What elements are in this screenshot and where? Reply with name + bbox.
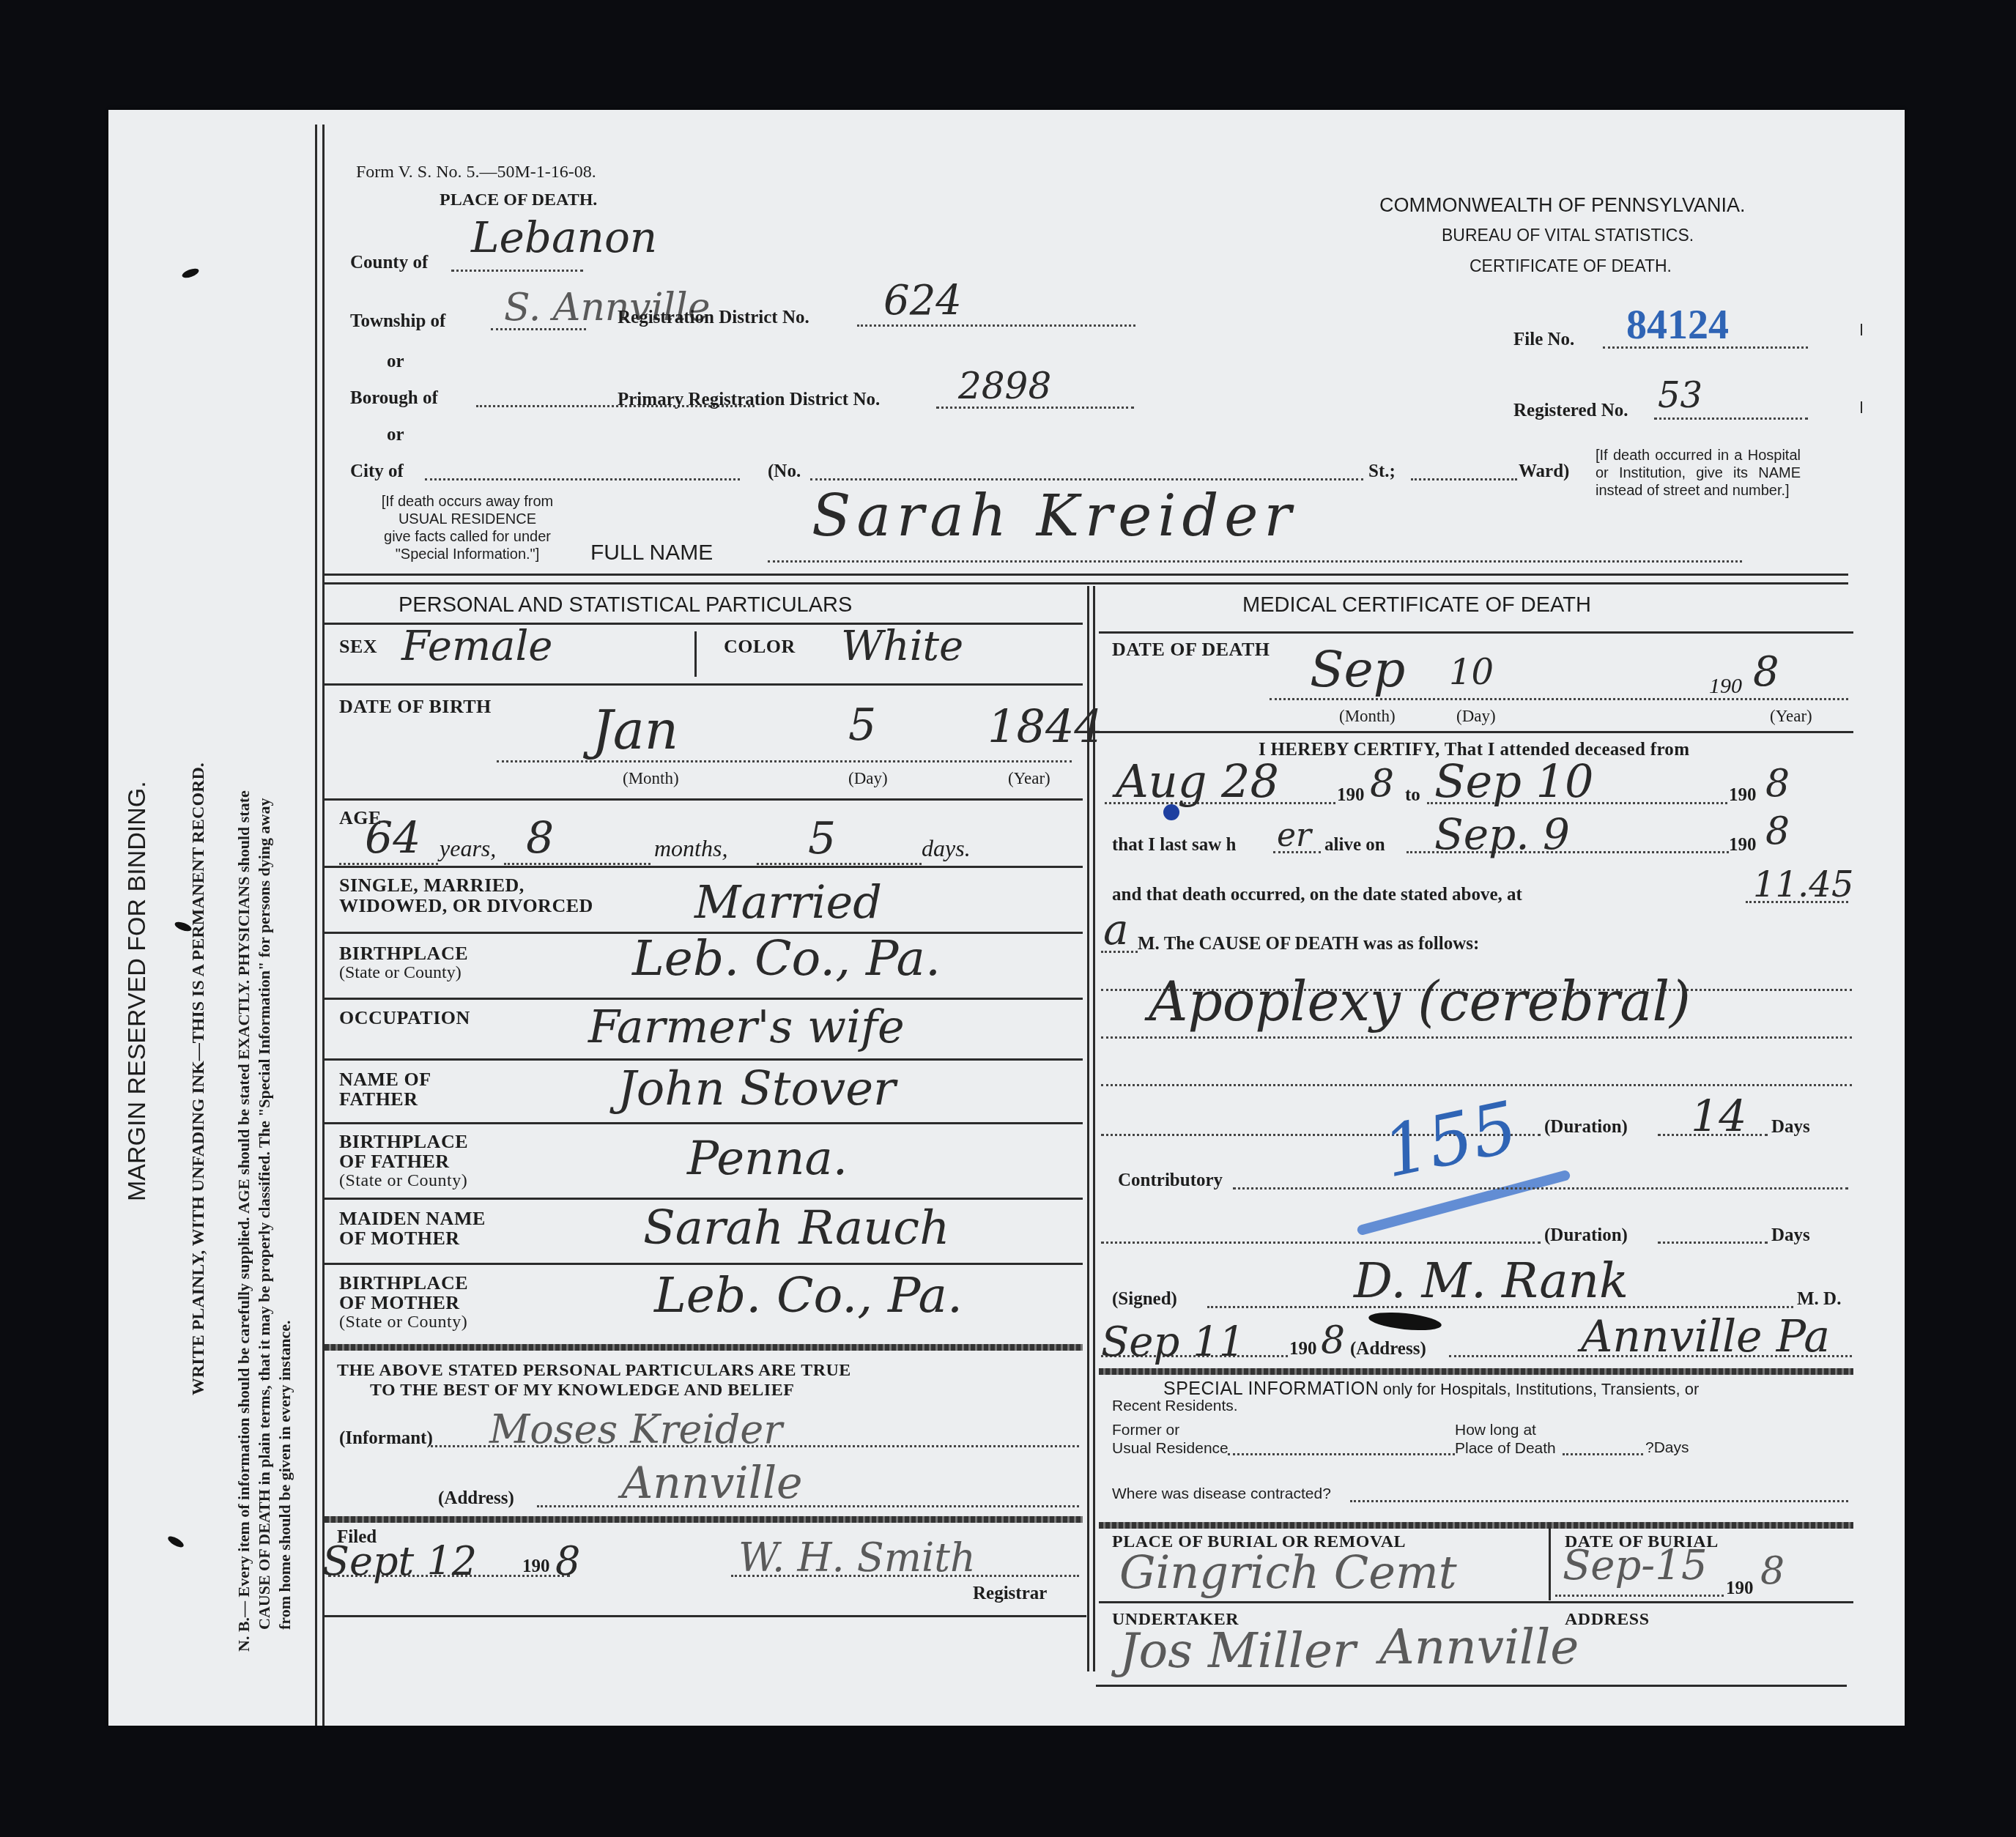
date-of-death-label: DATE OF DEATH bbox=[1112, 639, 1270, 661]
father-birthplace-label: BIRTHPLACE OF FATHER (State or County) bbox=[339, 1132, 468, 1191]
former-residence-line: Usual Residence bbox=[1112, 1439, 1228, 1458]
undertaker-value[interactable]: Jos Miller bbox=[1119, 1622, 1356, 1679]
ward-label: Ward) bbox=[1519, 461, 1569, 482]
cause-line-2 bbox=[1101, 1036, 1852, 1039]
how-long-line: Place of Death bbox=[1455, 1439, 1556, 1458]
burial-date-value[interactable]: Sep-15 bbox=[1563, 1542, 1708, 1589]
father-bp-state-county: (State or County) bbox=[339, 1171, 468, 1191]
or-text: or bbox=[387, 425, 404, 445]
township-label: Township of bbox=[350, 311, 445, 332]
death-occurred-label: and that death occurred, on the date sta… bbox=[1112, 885, 1522, 905]
bottom-rule bbox=[1096, 1685, 1847, 1687]
burial-place-value[interactable]: Gingrich Cemt bbox=[1119, 1545, 1457, 1599]
father-label-line: NAME OF bbox=[339, 1069, 431, 1089]
city-label: City of bbox=[350, 461, 404, 482]
color-value[interactable]: White bbox=[841, 623, 963, 670]
registration-district-value[interactable]: 624 bbox=[883, 277, 962, 324]
mother-maiden-name-label: MAIDEN NAME OF MOTHER bbox=[339, 1209, 486, 1248]
how-long-line: How long at bbox=[1455, 1421, 1556, 1439]
margin-rule bbox=[322, 125, 325, 1726]
how-long-label: How long at Place of Death bbox=[1455, 1421, 1556, 1458]
sign-year-prefix: 190 bbox=[1289, 1339, 1317, 1359]
county-value[interactable]: Lebanon bbox=[471, 212, 657, 262]
registered-no-label: Registered No. bbox=[1513, 401, 1628, 421]
row-rule bbox=[325, 798, 1083, 801]
filed-date-value[interactable]: Sept 12 bbox=[322, 1538, 477, 1584]
borough-label: Borough of bbox=[350, 388, 438, 409]
hospital-note: [If death occurred in a Hospital or Inst… bbox=[1596, 447, 1801, 500]
personal-particulars-title: PERSONAL AND STATISTICAL PARTICULARS bbox=[399, 593, 852, 617]
dod-month-caption: (Month) bbox=[1339, 707, 1396, 726]
days-word: days. bbox=[922, 835, 971, 862]
section-divider-thick bbox=[325, 1344, 1083, 1351]
full-name-value[interactable]: Sarah Kreider bbox=[812, 483, 1297, 549]
full-name-label: FULL NAME bbox=[590, 541, 713, 565]
birthplace-value[interactable]: Leb. Co., Pa. bbox=[632, 930, 941, 987]
duration2-line-pre bbox=[1101, 1242, 1541, 1244]
days2-label: Days bbox=[1771, 1225, 1810, 1246]
father-bp-label-line: OF FATHER bbox=[339, 1151, 468, 1171]
how-long-days-label: ?Days bbox=[1645, 1439, 1689, 1457]
former-residence-line[interactable] bbox=[1228, 1453, 1455, 1455]
months-word: months, bbox=[654, 835, 727, 862]
bottom-rule bbox=[325, 1615, 1086, 1617]
dod-day-value[interactable]: 10 bbox=[1449, 652, 1494, 693]
father-label-line: FATHER bbox=[339, 1089, 431, 1109]
duration-label: (Duration) bbox=[1544, 1117, 1628, 1138]
filed-year-prefix: 190 bbox=[522, 1556, 550, 1577]
row-rule bbox=[325, 866, 1083, 868]
away-note-line: [If death occurs away from bbox=[346, 493, 588, 511]
section-divider bbox=[325, 582, 1848, 584]
marital-label-line: SINGLE, MARRIED, bbox=[339, 875, 593, 896]
mother-bp-label-line: OF MOTHER bbox=[339, 1293, 468, 1313]
attended-to-value[interactable]: Sep 10 bbox=[1434, 754, 1593, 808]
punch-hole bbox=[166, 1534, 185, 1550]
margin-rule bbox=[315, 125, 317, 1726]
special-info-subtitle: only for Hospitals, Institutions, Transi… bbox=[1383, 1380, 1700, 1398]
classification-code-stamp: 155 bbox=[1376, 1085, 1524, 1194]
marital-label-line: WIDOWED, OR DIVORCED bbox=[339, 896, 593, 916]
occupation-label: OCCUPATION bbox=[339, 1007, 470, 1029]
duration2-label: (Duration) bbox=[1544, 1225, 1628, 1246]
away-note: [If death occurs away from USUAL RESIDEN… bbox=[346, 493, 588, 563]
attended-from-year-suffix[interactable]: 8 bbox=[1370, 762, 1394, 806]
special-info-title: SPECIAL INFORMATION bbox=[1163, 1378, 1379, 1399]
informant-address-value[interactable]: Annville bbox=[621, 1458, 803, 1509]
contributory-line[interactable] bbox=[1233, 1187, 1848, 1190]
birthplace-label: BIRTHPLACE bbox=[339, 943, 468, 965]
primary-registration-district-label: Primary Registration District No. bbox=[618, 390, 880, 410]
attestation-line: TO THE BEST OF MY KNOWLEDGE AND BELIEF bbox=[337, 1381, 851, 1400]
special-info-heading: SPECIAL INFORMATION only for Hospitals, … bbox=[1163, 1378, 1699, 1400]
age-years-value[interactable]: 64 bbox=[365, 813, 420, 864]
last-saw-year-prefix: 190 bbox=[1729, 835, 1757, 856]
registrar-label: Registrar bbox=[973, 1584, 1047, 1604]
dob-year-caption: (Year) bbox=[1008, 769, 1050, 788]
informant-address-label: (Address) bbox=[438, 1488, 514, 1509]
father-name-value[interactable]: John Stover bbox=[618, 1062, 896, 1116]
file-no-value[interactable]: 84124 bbox=[1626, 302, 1729, 349]
street-no-label: (No. bbox=[768, 461, 801, 482]
disease-contracted-label: Where was disease contracted? bbox=[1112, 1485, 1331, 1503]
row-rule bbox=[1099, 731, 1853, 733]
county-line bbox=[451, 270, 583, 272]
row-rule bbox=[325, 1058, 1083, 1061]
commonwealth-heading: COMMONWEALTH OF PENNSYLVANIA. bbox=[1379, 194, 1746, 217]
age-days-line bbox=[757, 863, 922, 865]
signed-label: (Signed) bbox=[1112, 1289, 1177, 1310]
row-rule bbox=[1099, 1601, 1853, 1603]
attended-from-year-prefix: 190 bbox=[1337, 785, 1365, 806]
section-divider-thick bbox=[325, 1516, 1083, 1523]
how-long-days-line[interactable] bbox=[1563, 1453, 1643, 1455]
margin-write-plainly: WRITE PLAINLY, WITH UNFADING INK—THIS IS… bbox=[189, 762, 209, 1395]
file-no-label: File No. bbox=[1513, 330, 1574, 350]
age-months-value[interactable]: 8 bbox=[526, 813, 554, 864]
occupation-value[interactable]: Farmer's wife bbox=[588, 1000, 905, 1053]
dod-year-suffix[interactable]: 8 bbox=[1753, 648, 1779, 696]
attestation-text: THE ABOVE STATED PERSONAL PARTICULARS AR… bbox=[337, 1361, 851, 1400]
cause-line-3 bbox=[1101, 1084, 1852, 1086]
sex-color-divider bbox=[694, 631, 697, 677]
ink-smear bbox=[1368, 1310, 1442, 1333]
row-rule bbox=[1099, 631, 1853, 634]
dod-year-prefix: 190 bbox=[1709, 674, 1742, 699]
sign-date-value[interactable]: Sep 11 bbox=[1101, 1318, 1245, 1366]
birthplace-state-county-caption: (State or County) bbox=[339, 963, 462, 983]
father-birthplace-value[interactable]: Penna. bbox=[687, 1132, 848, 1186]
city-line[interactable] bbox=[425, 478, 740, 480]
last-saw-pronoun-value[interactable]: er bbox=[1277, 817, 1311, 854]
burial-date-line bbox=[1555, 1595, 1724, 1597]
ink-blot bbox=[1163, 804, 1179, 820]
years-word: years, bbox=[440, 835, 496, 862]
attended-to-year-prefix: 190 bbox=[1729, 785, 1757, 806]
father-name-label: NAME OF FATHER bbox=[339, 1069, 431, 1109]
street-no-line[interactable] bbox=[810, 478, 1363, 480]
primary-registration-value[interactable]: 2898 bbox=[958, 365, 1051, 407]
to-word: to bbox=[1405, 785, 1420, 806]
last-saw-year-suffix[interactable]: 8 bbox=[1765, 809, 1790, 853]
attended-to-year-suffix[interactable]: 8 bbox=[1765, 762, 1790, 806]
marital-status-value[interactable]: Married bbox=[694, 875, 882, 929]
edge-tick bbox=[1861, 401, 1862, 413]
bureau-heading: BUREAU OF VITAL STATISTICS. bbox=[1442, 226, 1694, 245]
days-label: Days bbox=[1771, 1117, 1810, 1138]
section-divider-thick bbox=[1099, 1368, 1853, 1375]
mother-maiden-name-value[interactable]: Sarah Rauch bbox=[643, 1201, 949, 1255]
mother-label-line: MAIDEN NAME bbox=[339, 1209, 486, 1228]
mother-label-line: OF MOTHER bbox=[339, 1228, 486, 1248]
color-label: COLOR bbox=[724, 636, 796, 658]
former-residence-line: Former or bbox=[1112, 1421, 1228, 1439]
attended-from-value[interactable]: Aug 28 bbox=[1116, 754, 1279, 808]
meridiem-value[interactable]: a bbox=[1103, 905, 1129, 954]
disease-contracted-line[interactable] bbox=[1350, 1500, 1848, 1502]
informant-label: (Informant) bbox=[339, 1428, 433, 1449]
away-note-line: "Special Information."] bbox=[346, 546, 588, 563]
age-days-value[interactable]: 5 bbox=[808, 813, 836, 864]
last-saw-label: that I last saw h bbox=[1112, 835, 1236, 856]
ward-line[interactable] bbox=[1411, 478, 1517, 480]
medical-certificate-title: MEDICAL CERTIFICATE OF DEATH bbox=[1242, 593, 1591, 617]
attestation-line: THE ABOVE STATED PERSONAL PARTICULARS AR… bbox=[337, 1361, 851, 1381]
away-note-line: give facts called for under bbox=[346, 528, 588, 546]
father-bp-label-line: BIRTHPLACE bbox=[339, 1132, 468, 1151]
physician-address-value[interactable]: Annville Pa bbox=[1581, 1311, 1830, 1362]
duration-value[interactable]: 14 bbox=[1691, 1091, 1746, 1143]
dob-line bbox=[497, 760, 1072, 762]
full-name-line bbox=[768, 560, 1742, 563]
burial-year-suffix[interactable]: 8 bbox=[1760, 1549, 1785, 1593]
dod-day-caption: (Day) bbox=[1456, 707, 1496, 726]
dod-year-caption: (Year) bbox=[1770, 707, 1812, 726]
date-of-birth-label: DATE OF BIRTH bbox=[339, 696, 492, 718]
place-of-death-heading: PLACE OF DEATH. bbox=[440, 190, 597, 210]
burial-column-divider bbox=[1549, 1527, 1551, 1600]
registration-district-label: Registration District No. bbox=[618, 308, 809, 328]
alive-on-label: alive on bbox=[1324, 835, 1385, 856]
duration2-line[interactable] bbox=[1658, 1242, 1768, 1244]
section-divider bbox=[325, 574, 1848, 576]
registration-district-line bbox=[857, 324, 1135, 327]
dod-month-value[interactable]: Sep bbox=[1310, 641, 1405, 699]
or-text: or bbox=[387, 352, 404, 372]
sign-year-suffix[interactable]: 8 bbox=[1321, 1318, 1345, 1362]
row-rule bbox=[325, 1263, 1083, 1265]
special-info-subtitle-2: Recent Residents. bbox=[1112, 1398, 1238, 1415]
filed-year-suffix[interactable]: 8 bbox=[555, 1538, 580, 1584]
margin-nb-line-3: from home should be given in every insta… bbox=[275, 1321, 294, 1630]
edge-tick bbox=[1861, 324, 1862, 335]
dob-year-value[interactable]: 1844 bbox=[987, 699, 1103, 753]
marital-status-label: SINGLE, MARRIED, WIDOWED, OR DIVORCED bbox=[339, 875, 593, 916]
margin-binding-text: MARGIN RESERVED FOR BINDING. bbox=[123, 781, 152, 1201]
mother-bp-state-county: (State or County) bbox=[339, 1313, 468, 1332]
death-certificate: MARGIN RESERVED FOR BINDING. WRITE PLAIN… bbox=[108, 110, 1905, 1726]
row-rule bbox=[325, 1122, 1083, 1124]
burial-year-prefix: 190 bbox=[1726, 1578, 1754, 1599]
dob-day-caption: (Day) bbox=[848, 769, 888, 788]
mother-birthplace-value[interactable]: Leb. Co., Pa. bbox=[654, 1267, 963, 1324]
last-saw-date-value[interactable]: Sep. 9 bbox=[1434, 809, 1570, 859]
margin-nb-line-2: CAUSE OF DEATH in plain terms, that it m… bbox=[255, 798, 274, 1630]
sex-label: SEX bbox=[339, 636, 377, 658]
away-note-line: USUAL RESIDENCE bbox=[346, 511, 588, 528]
section-divider-thick bbox=[1099, 1522, 1853, 1529]
street-label: St.; bbox=[1368, 461, 1396, 482]
mother-birthplace-label: BIRTHPLACE OF MOTHER (State or County) bbox=[339, 1273, 468, 1332]
physician-signature[interactable]: D. M. Rank bbox=[1354, 1252, 1628, 1309]
row-rule bbox=[325, 1198, 1083, 1200]
mother-bp-label-line: BIRTHPLACE bbox=[339, 1273, 468, 1293]
time-of-death-value[interactable]: 11.45 bbox=[1753, 864, 1853, 905]
sex-value[interactable]: Female bbox=[401, 623, 552, 670]
informant-value[interactable]: Moses Kreider bbox=[489, 1406, 782, 1452]
certificate-heading: CERTIFICATE OF DEATH. bbox=[1470, 256, 1672, 276]
cause-of-death-value[interactable]: Apoplexy (cerebral) bbox=[1149, 971, 1691, 1033]
county-label: County of bbox=[350, 253, 428, 273]
informant-address-line bbox=[537, 1505, 1079, 1507]
contributory-label: Contributory bbox=[1118, 1170, 1223, 1191]
dob-month-caption: (Month) bbox=[623, 769, 679, 788]
registrar-signature[interactable]: W. H. Smith bbox=[738, 1534, 976, 1581]
registered-no-value[interactable]: 53 bbox=[1658, 375, 1702, 416]
physician-address-label: (Address) bbox=[1350, 1339, 1426, 1359]
dob-day-value[interactable]: 5 bbox=[848, 699, 876, 751]
md-label: M. D. bbox=[1797, 1289, 1841, 1310]
row-rule bbox=[325, 683, 1083, 686]
cause-of-death-label: M. The CAUSE OF DEATH was as follows: bbox=[1138, 934, 1479, 954]
punch-hole bbox=[181, 267, 200, 280]
undertaker-address-value[interactable]: Annville bbox=[1379, 1619, 1579, 1675]
form-number: Form V. S. No. 5.—50M-1-16-08. bbox=[356, 163, 596, 182]
dob-month-value[interactable]: Jan bbox=[592, 699, 678, 761]
classification-code-underline bbox=[1356, 1169, 1571, 1236]
former-residence-label: Former or Usual Residence bbox=[1112, 1421, 1228, 1458]
margin-nb-line-1: N. B.— Every item of information should … bbox=[234, 790, 253, 1652]
registered-no-line bbox=[1654, 417, 1808, 420]
